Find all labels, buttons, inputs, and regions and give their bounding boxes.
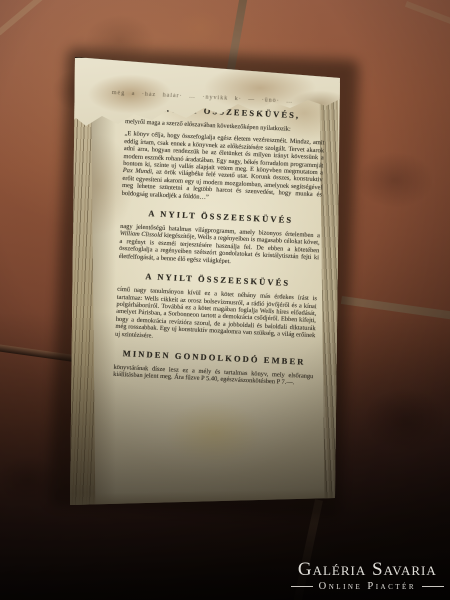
grout-line-top-left [0,0,43,35]
watermark-title: Galéria Savaria [291,560,444,580]
paragraph-bottom: könyvtárának dísze lesz ez a mély és tar… [113,364,313,388]
watermark-subtitle-row: Online Piactér [291,581,444,592]
old-book: A NYILT ÖSSZEESKÜVÉS, melyről maga a sze… [64,55,345,507]
watermark-dash-right [422,586,444,587]
watermark-subtitle: Online Piactér [319,581,416,592]
watermark-dash-left [291,586,313,587]
photo-of-old-book-on-tile-floor: A NYILT ÖSSZEESKÜVÉS, melyről maga a sze… [0,0,450,600]
grout-line-top-right [405,1,450,25]
paragraph-mid2: című nagy tanulmányon kívül ez a kötet n… [115,286,317,347]
grout-line-right-middle [341,296,450,320]
paragraph-mid1: nagy jelentőségű hatalmas világprogramm,… [119,223,321,269]
watermark-logo: Galéria Savaria Online Piactér [291,560,444,592]
printed-page-text: A NYILT ÖSSZEESKÜVÉS, melyről maga a sze… [113,103,326,388]
torn-fragment-text: még a ·ház halár· … ·nyvikk k· — ·ünő· … [112,90,326,107]
quote-paragraph: „E könyv célja, hogy összefoglalja egész… [122,130,325,206]
